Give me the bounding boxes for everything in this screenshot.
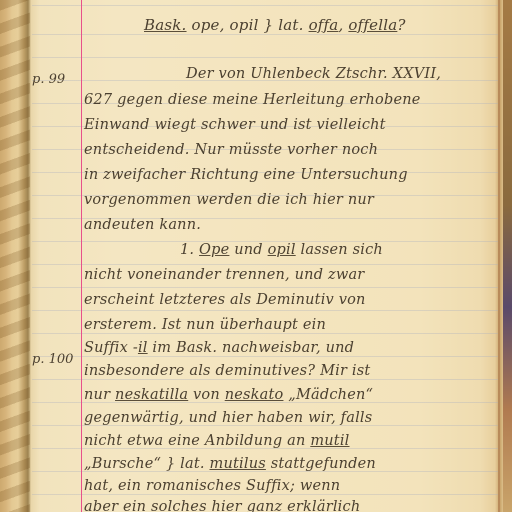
heading-offa: offa bbox=[309, 16, 339, 34]
line8-number: 1. bbox=[180, 242, 199, 258]
text-line-8: 1. Ope und opil lassen sich bbox=[180, 242, 383, 258]
text-line-5: in zweifacher Richtung eine Untersuchung bbox=[84, 167, 408, 183]
heading-ope-opil: ope, opil } lat. bbox=[187, 16, 309, 34]
text-line-18: hat, ein romanisches Suffix; wenn bbox=[84, 478, 340, 494]
text-line-17: „Bursche“ } lat. mutilus stattgefunden bbox=[84, 456, 376, 472]
line8-opil: opil bbox=[268, 242, 296, 258]
book-cover-edge bbox=[503, 0, 512, 512]
text-line-16: nicht etwa eine Anbildung an mutil bbox=[84, 433, 350, 449]
line14-neskato: neskato bbox=[225, 387, 284, 403]
text-line-4: entscheidend. Nur müsste vorher noch bbox=[84, 142, 378, 158]
margin-note-p99: p. 99 bbox=[32, 72, 65, 87]
line14-nur: nur bbox=[84, 387, 115, 403]
text-line-13: insbesondere als deminutives? Mir ist bbox=[84, 363, 370, 379]
text-line-9: nicht voneinander trennen, und zwar bbox=[84, 267, 364, 283]
page-edge-right bbox=[498, 0, 500, 512]
text-line-10: erscheint letzteres als Deminutiv von bbox=[84, 292, 366, 308]
text-line-2: 627 gegen diese meine Herleitung erhoben… bbox=[84, 92, 421, 108]
line8-und: und bbox=[229, 242, 267, 258]
notebook-page: Bask. ope, opil } lat. offa, offella? p.… bbox=[0, 0, 512, 512]
line17-mutilus: mutilus bbox=[210, 456, 266, 472]
text-line-11: ersterem. Ist nun überhaupt ein bbox=[84, 317, 326, 333]
line14-von: von bbox=[188, 387, 224, 403]
red-margin-rule bbox=[81, 0, 82, 512]
line12-rest: im Bask. nachweisbar, und bbox=[148, 340, 355, 356]
text-line-15: gegenwärtig, und hier haben wir, falls bbox=[84, 410, 372, 426]
line17-bursche: „Bursche“ } lat. bbox=[84, 456, 210, 472]
heading-question: ? bbox=[397, 16, 405, 34]
text-line-1: Der von Uhlenbeck Ztschr. XXVII, bbox=[186, 66, 441, 82]
line16-mutil: mutil bbox=[310, 433, 349, 449]
text-line-19: aber ein solches hier ganz erklärlich bbox=[84, 499, 360, 512]
text-line-7: andeuten kann. bbox=[84, 217, 201, 233]
line14-neskatilla: neskatilla bbox=[115, 387, 188, 403]
text-line-6: vorgenommen werden die ich hier nur bbox=[84, 192, 374, 208]
page-heading: Bask. ope, opil } lat. offa, offella? bbox=[144, 16, 406, 34]
line8-ope: Ope bbox=[199, 242, 229, 258]
text-line-14: nur neskatilla von neskato „Mädchen“ bbox=[84, 387, 373, 403]
heading-bask: Bask. bbox=[144, 16, 187, 34]
text-line-12: Suffix -il im Bask. nachweisbar, und bbox=[84, 340, 354, 356]
book-binding-left bbox=[0, 0, 30, 512]
line12-suffix: Suffix - bbox=[84, 340, 138, 356]
margin-note-p100: p. 100 bbox=[32, 352, 73, 367]
line14-maedchen: „Mädchen“ bbox=[283, 387, 373, 403]
heading-offella: offella bbox=[348, 16, 397, 34]
text-line-3: Einwand wiegt schwer und ist vielleicht bbox=[84, 117, 386, 133]
line16-text: nicht etwa eine Anbildung an bbox=[84, 433, 310, 449]
line12-il: il bbox=[138, 340, 148, 356]
heading-comma: , bbox=[338, 16, 348, 34]
line8-rest: lassen sich bbox=[296, 242, 383, 258]
line17-rest: stattgefunden bbox=[266, 456, 376, 472]
